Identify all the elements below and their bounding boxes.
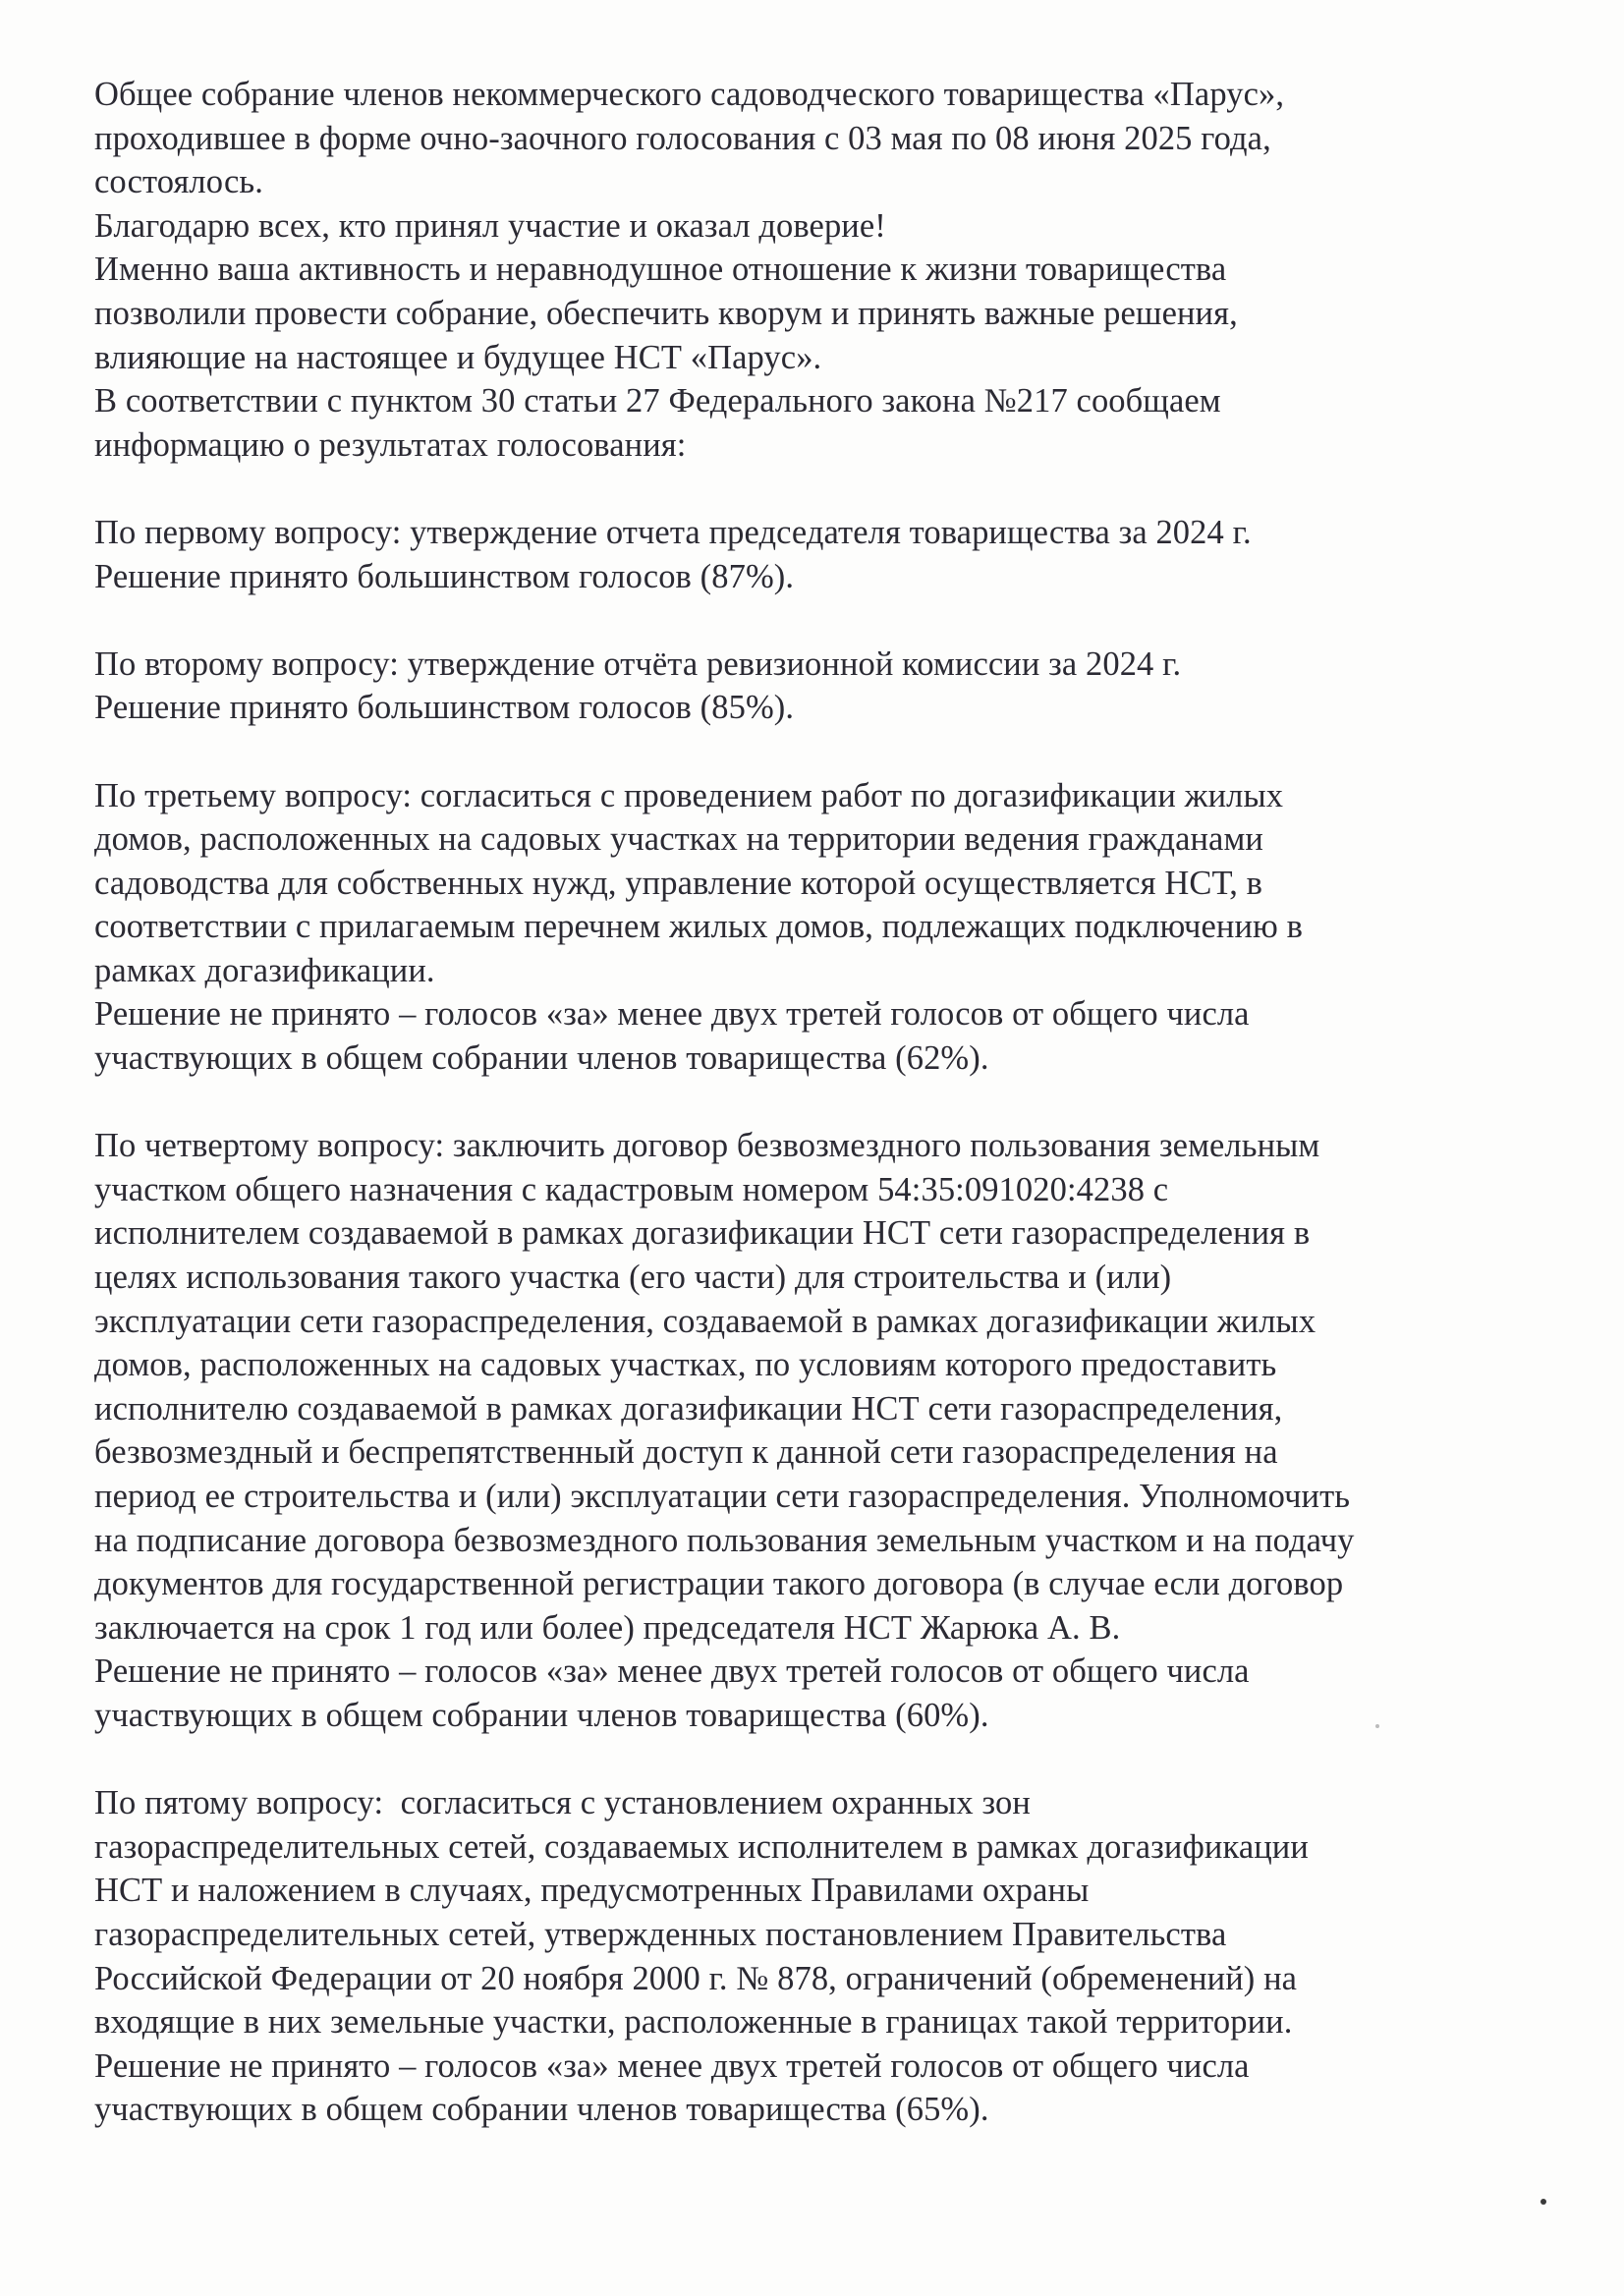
question-5-result: Решение не принято – голосов «за» менее … <box>94 2044 1539 2089</box>
question-4-text: безвозмездный и беспрепятственный доступ… <box>94 1430 1539 1475</box>
question-3-result: участвующих в общем собрании членов това… <box>94 1036 1539 1081</box>
intro-line: состоялось. <box>94 160 1539 204</box>
question-4-text: исполнителю создаваемой в рамках догазиф… <box>94 1387 1539 1431</box>
paragraph-gap <box>94 598 1539 643</box>
question-3-text: соответствии с прилагаемым перечнем жилы… <box>94 905 1539 949</box>
question-5-section: По пятому вопросу: согласиться с установ… <box>94 1781 1539 2132</box>
question-3-result: Решение не принято – голосов «за» менее … <box>94 992 1539 1036</box>
question-4-text: эксплуатации сети газораспределения, соз… <box>94 1300 1539 1344</box>
question-3-section: По третьему вопросу: согласиться с прове… <box>94 774 1539 1081</box>
scan-speck <box>1540 2199 1546 2205</box>
question-2-section: По второму вопросу: утверждение отчёта р… <box>94 643 1539 730</box>
intro-section: Общее собрание членов некоммерческого са… <box>94 73 1539 467</box>
intro-line: позволили провести собрание, обеспечить … <box>94 292 1539 336</box>
question-4-result: участвующих в общем собрании членов това… <box>94 1694 1539 1738</box>
question-4-text: домов, расположенных на садовых участках… <box>94 1343 1539 1387</box>
intro-line: проходившее в форме очно-заочного голосо… <box>94 117 1539 161</box>
question-4-section: По четвертому вопросу: заключить договор… <box>94 1124 1539 1737</box>
question-4-text: период ее строительства и (или) эксплуат… <box>94 1475 1539 1519</box>
question-2-result: Решение принято большинством голосов (85… <box>94 686 1539 730</box>
question-4-text: на подписание договора безвозмездного по… <box>94 1519 1539 1563</box>
question-5-text: газораспределительных сетей, утвержденны… <box>94 1913 1539 1957</box>
question-3-text: домов, расположенных на садовых участках… <box>94 817 1539 862</box>
question-4-text: документов для государственной регистрац… <box>94 1562 1539 1606</box>
document-page: Общее собрание членов некоммерческого са… <box>94 73 1539 2132</box>
intro-line: влияющие на настоящее и будущее НСТ «Пар… <box>94 336 1539 380</box>
question-4-text: По четвертому вопросу: заключить договор… <box>94 1124 1539 1168</box>
paragraph-gap <box>94 1738 1539 1782</box>
question-3-text: садоводства для собственных нужд, управл… <box>94 862 1539 906</box>
question-2-text: По второму вопросу: утверждение отчёта р… <box>94 643 1539 687</box>
intro-line: Именно ваша активность и неравнодушное о… <box>94 248 1539 292</box>
scan-speck <box>1375 1724 1379 1728</box>
question-4-text: заключается на срок 1 год или более) пре… <box>94 1606 1539 1651</box>
question-5-text: НСТ и наложением в случаях, предусмотрен… <box>94 1869 1539 1913</box>
question-4-result: Решение не принято – голосов «за» менее … <box>94 1650 1539 1694</box>
question-1-section: По первому вопросу: утверждение отчета п… <box>94 511 1539 598</box>
question-5-text: входящие в них земельные участки, распол… <box>94 2000 1539 2044</box>
question-5-text: газораспределительных сетей, создаваемых… <box>94 1825 1539 1870</box>
question-1-result: Решение принято большинством голосов (87… <box>94 555 1539 599</box>
paragraph-gap <box>94 467 1539 511</box>
paragraph-gap <box>94 1081 1539 1125</box>
intro-line: информацию о результатах голосования: <box>94 423 1539 468</box>
question-5-result: участвующих в общем собрании членов това… <box>94 2088 1539 2132</box>
question-1-text: По первому вопросу: утверждение отчета п… <box>94 511 1539 555</box>
question-3-text: По третьему вопросу: согласиться с прове… <box>94 774 1539 818</box>
intro-line: Общее собрание членов некоммерческого са… <box>94 73 1539 117</box>
question-3-text: рамках догазификации. <box>94 949 1539 993</box>
question-4-text: участком общего назначения с кадастровым… <box>94 1168 1539 1212</box>
legal-reference-line: В соответствии с пунктом 30 статьи 27 Фе… <box>94 379 1539 423</box>
paragraph-gap <box>94 730 1539 774</box>
gratitude-line: Благодарю всех, кто принял участие и ока… <box>94 204 1539 249</box>
question-4-text: исполнителем создаваемой в рамках догази… <box>94 1211 1539 1256</box>
question-5-text: Российской Федерации от 20 ноября 2000 г… <box>94 1957 1539 2001</box>
question-5-text: По пятому вопросу: согласиться с установ… <box>94 1781 1539 1825</box>
question-4-text: целях использования такого участка (его … <box>94 1256 1539 1300</box>
